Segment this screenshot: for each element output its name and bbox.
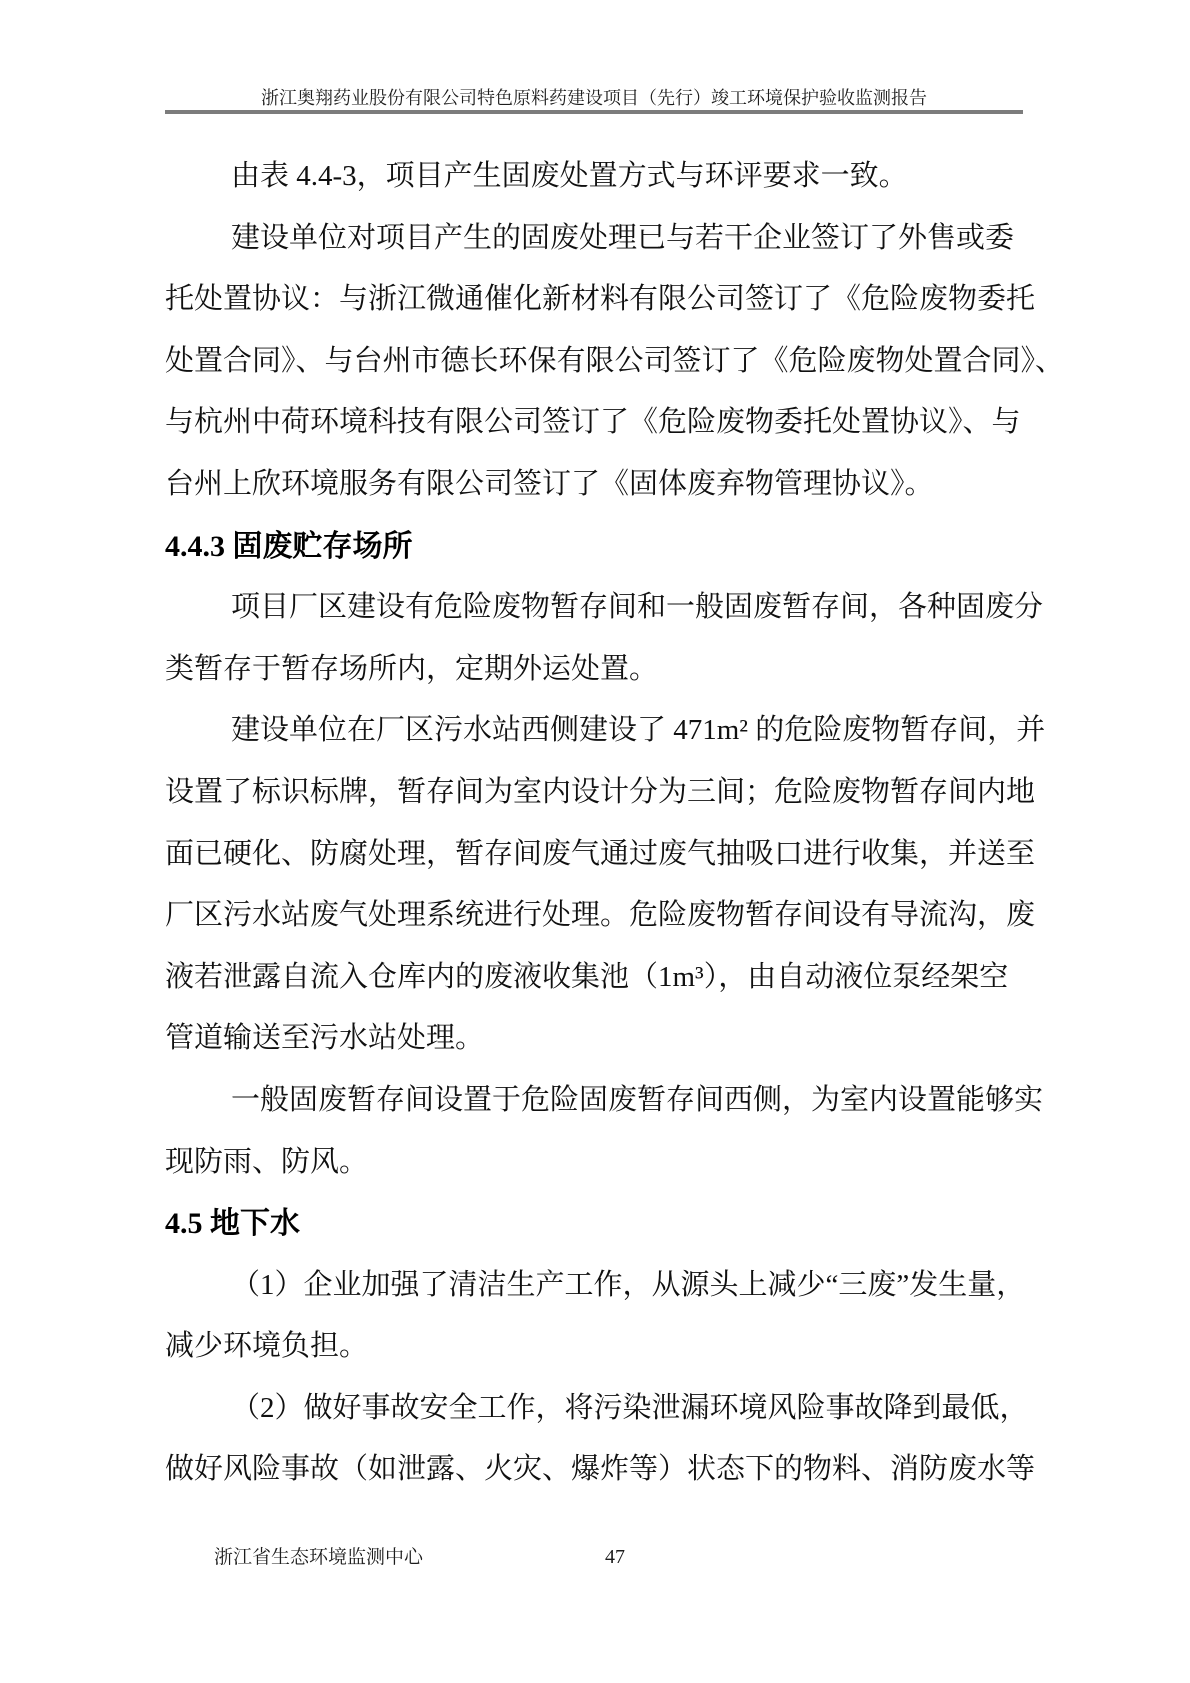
body-line: 做好风险事故（如泄露、火灾、爆炸等）状态下的物料、消防废水等 bbox=[165, 1439, 1065, 1501]
body-line: 现防雨、防风。 bbox=[165, 1132, 1065, 1194]
page-header-title: 浙江奥翔药业股份有限公司特色原料药建设项目（先行）竣工环境保护验收监测报告 bbox=[165, 84, 1023, 110]
footer-organization: 浙江省生态环境监测中心 bbox=[214, 1546, 423, 1570]
body-line: 台州上欣环境服务有限公司签订了《固体废弃物管理协议》。 bbox=[165, 454, 1065, 516]
body-line: 设置了标识标牌，暂存间为室内设计分为三间；危险废物暂存间内地 bbox=[165, 762, 1065, 824]
body-line: 一般固废暂存间设置于危险固废暂存间西侧，为室内设置能够实 bbox=[165, 1070, 1065, 1132]
body-line: （2）做好事故安全工作，将污染泄漏环境风险事故降到最低， bbox=[165, 1378, 1065, 1440]
body-line: 管道输送至污水站处理。 bbox=[165, 1008, 1065, 1070]
body-line: 建设单位在厂区污水站西侧建设了 471m² 的危险废物暂存间，并 bbox=[165, 700, 1065, 762]
section-heading: 4.5 地下水 bbox=[165, 1193, 1065, 1255]
body-line: 与杭州中荷环境科技有限公司签订了《危险废物委托处置协议》、与 bbox=[165, 392, 1065, 454]
body-line: 托处置协议：与浙江微通催化新材料有限公司签订了《危险废物委托 bbox=[165, 269, 1065, 331]
body-line: （1）企业加强了清洁生产工作，从源头上减少“三废”发生量， bbox=[165, 1255, 1065, 1317]
body-line: 建设单位对项目产生的固废处理已与若干企业签订了外售或委 bbox=[165, 208, 1065, 270]
body-line: 厂区污水站废气处理系统进行处理。危险废物暂存间设有导流沟，废 bbox=[165, 885, 1065, 947]
footer-page-number: 47 bbox=[585, 1544, 645, 1570]
header-rule bbox=[165, 110, 1023, 114]
body-line: 面已硬化、防腐处理，暂存间废气通过废气抽吸口进行收集，并送至 bbox=[165, 824, 1065, 886]
body-line: 液若泄露自流入仓库内的废液收集池（1m³），由自动液位泵经架空 bbox=[165, 947, 1065, 1009]
body-line: 减少环境负担。 bbox=[165, 1316, 1065, 1378]
document-body: 由表 4.4-3，项目产生固废处置方式与环评要求一致。建设单位对项目产生的固废处… bbox=[165, 146, 1065, 1501]
document-page: 浙江奥翔药业股份有限公司特色原料药建设项目（先行）竣工环境保护验收监测报告 由表… bbox=[0, 0, 1190, 1683]
body-line: 由表 4.4-3，项目产生固废处置方式与环评要求一致。 bbox=[165, 146, 1065, 208]
body-line: 类暂存于暂存场所内，定期外运处置。 bbox=[165, 639, 1065, 701]
body-line: 项目厂区建设有危险废物暂存间和一般固废暂存间，各种固废分 bbox=[165, 577, 1065, 639]
section-heading: 4.4.3 固废贮存场所 bbox=[165, 516, 1065, 578]
body-line: 处置合同》、与台州市德长环保有限公司签订了《危险废物处置合同》、 bbox=[165, 331, 1065, 393]
